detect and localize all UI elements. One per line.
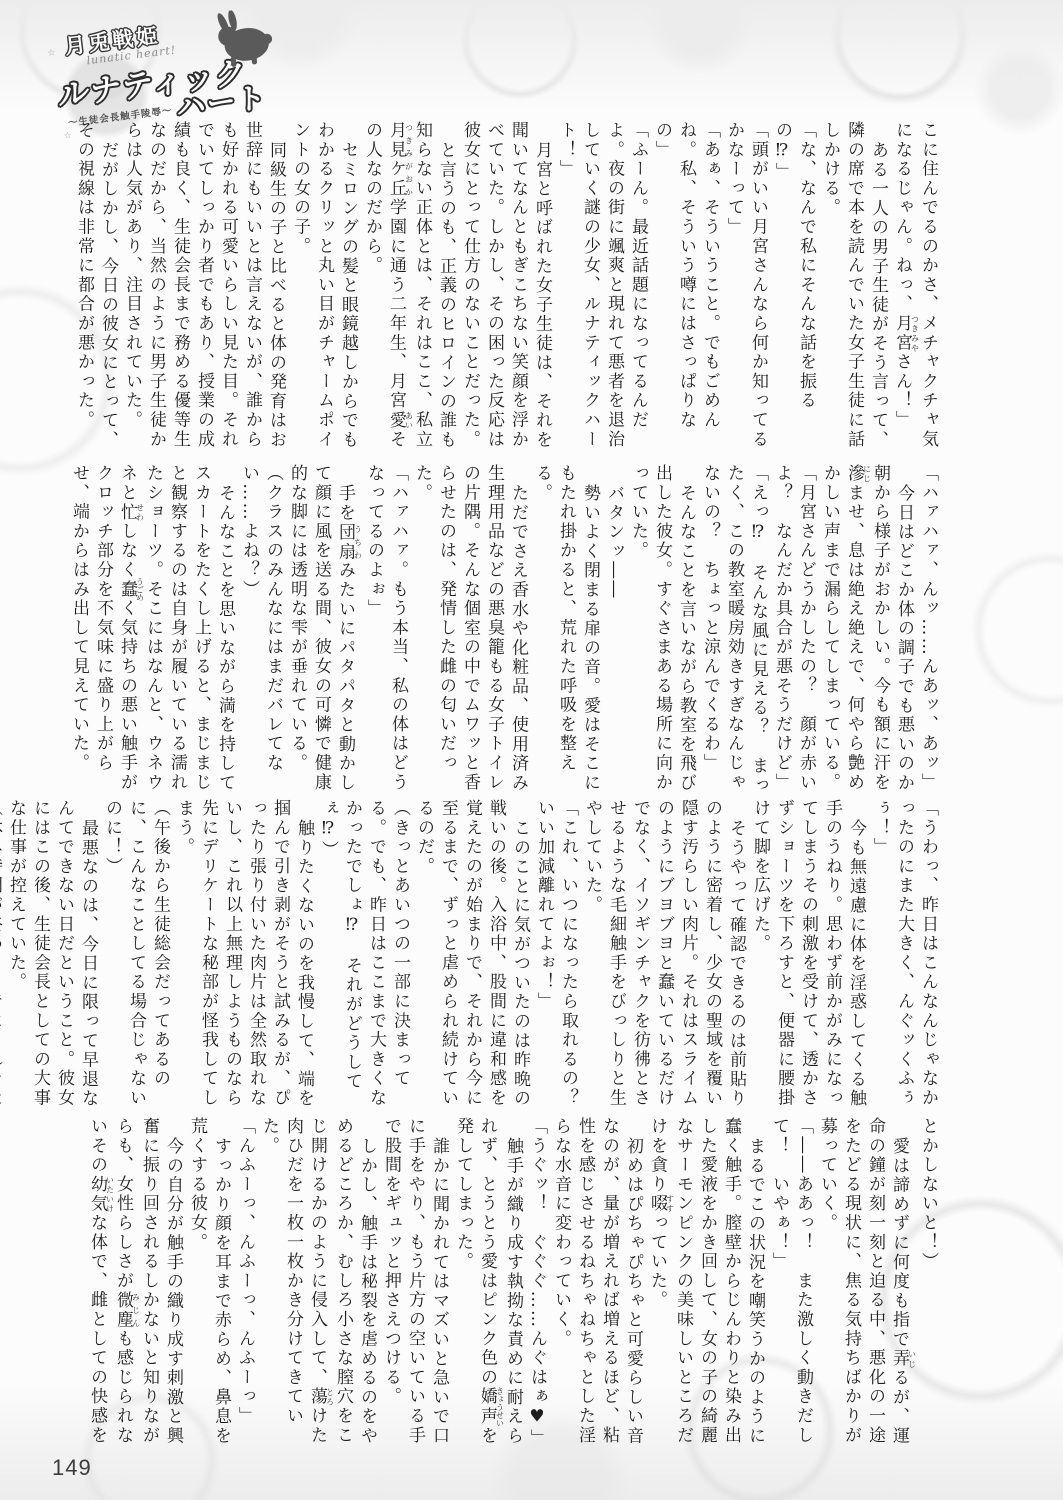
text-band-1: こに住んでるのかさ、メチャクチャ気になるじゃん。ねっ、月宮つきみやさん！」ある一… bbox=[30, 121, 940, 454]
text-band-4: とかしないと！）愛は諦めずに何度も指で弄いじるが、運命の鐘が刻一刻と迫る中、悪化… bbox=[30, 1117, 940, 1450]
paragraph: 「ふーん。最近話題になってるんだよ。夜の街に颯爽と現れて悪者を退治していく謎の少… bbox=[554, 121, 650, 454]
paragraph: バタンッ―― bbox=[602, 464, 626, 799]
paragraph: 「んふーっ、んふーっ、んふーっ」 bbox=[233, 1117, 257, 1450]
paragraph: 今も無遠慮に体を淫惑してくる触手のうねり。思わず前かがみになってしまうその刺激を… bbox=[748, 799, 868, 1121]
paragraph: 初めはぴちゃぴちゃと可愛らしい音なのが、量が増えれば増えるほど、粘性を感じさせる… bbox=[549, 1117, 645, 1450]
paragraph: と言うのも、正義のヒロインの誰も知らない正体とは、それはここ、私立月見ケ丘つきみ… bbox=[360, 121, 458, 454]
paragraph: 勢いよく閉まる扉の音。愛はそこにもたれ掛かると、荒れた呼吸を整える。 bbox=[530, 464, 602, 799]
paragraph: とかしないと！） bbox=[916, 1117, 940, 1450]
paragraph: こに住んでるのかさ、メチャクチャ気になるじゃん。ねっ、月宮つきみやさん！」 bbox=[890, 121, 940, 454]
paragraph: 「えっ⁉ そんな風に見える？ まったく、この教室暖房効きすぎなんじゃないの？ ち… bbox=[698, 464, 770, 799]
paragraph: （きっとあいつの一部に決まってる。でも、昨日はここまで大きくなかったでしょ⁉ そ… bbox=[316, 799, 412, 1121]
text-band-3: 「うわっ、昨日はこんなんじゃなかったのにまた大きく、んぐッくふぅぅ！」今も無遠慮… bbox=[30, 799, 940, 1121]
paragraph: そんなことを言いながら教室を飛び出した彼女。すぐさまある場所に向かっていた。 bbox=[626, 464, 698, 799]
paragraph: このことに気がついたのは昨晩の戦いの後。入浴中、股間に違和感を覚えたのが始まりで… bbox=[412, 799, 532, 1121]
paragraph: （クラスのみんなにはまだバレてない……よね？） bbox=[237, 464, 285, 799]
paragraph: ただでさえ香水や化粧品、使用済み生理用品などの悪臭籠もる女子トイレの片隅。そんな… bbox=[410, 464, 530, 799]
paragraph: 「月宮さんどうかしたの？ 顔が赤いよ？ なんだか具合が悪そうだけど」 bbox=[770, 464, 818, 799]
paragraph: そんなことを思いながら満を持してスカートをたくし上げると、まじまじと観察するのは… bbox=[67, 464, 237, 799]
page-number: 149 bbox=[52, 1455, 92, 1481]
paragraph: 愛は諦めずに何度も指で弄いじるが、運命の鐘が刻一刻と迫る中、悪化の一途をたどる現… bbox=[815, 1117, 916, 1450]
paragraph: 「頭がいい月宮さんなら何か知ってるかなーって」 bbox=[722, 121, 770, 454]
paragraph: （休み時間が終わるまでにこれをなん bbox=[0, 799, 4, 1121]
star-icon: ☆ bbox=[47, 48, 56, 59]
paragraph: そうやって確認できるのは前貼りのように密着し、少女の聖域を覆い隠す汚らしい肉片。… bbox=[580, 799, 748, 1121]
paragraph: 今の自分が触手の織り成す刺激と興奮に振り回されるしかないと知りながらも、女性らし… bbox=[85, 1117, 185, 1450]
paragraph: 「これ、いつになったら取れるの？ いい加減離れてよぉ！」 bbox=[532, 799, 580, 1121]
paragraph: 手を団扇うちわみたいにパタパタと動かして顔に風を送る間、彼女の可憐で健康的な脚に… bbox=[285, 464, 362, 799]
paragraph: 誰かに聞かれてはマズいと急いで口に手をやり、もう片方の空いている手で股間をギュッ… bbox=[379, 1117, 451, 1450]
paragraph: 「うぐッ！ ぐぐぐ……んぐはぁ♥」 bbox=[525, 1117, 549, 1450]
paragraph: 今日はどこか体の調子でも悪いのか朝から様子がおかしい。今も額に汗を滲にじませ、息… bbox=[818, 464, 916, 799]
paragraph: 最悪なのは、今日に限って早退なんてできない日だということ。彼女にはこの後、生徒会… bbox=[4, 799, 100, 1121]
paragraph: 触手が織り成す執拗な責めに耐えられず、とうとう愛はピンク色の嬌声きょうせいを発し… bbox=[451, 1117, 525, 1450]
rabbit-icon bbox=[200, 5, 281, 72]
paragraph: 「な、なんで私にそんな話を振るの⁉」 bbox=[770, 121, 818, 454]
text-band-2: 「ハァハァ、んッ……んあッ、あッ」今日はどこか体の調子でも悪いのか朝から様子がお… bbox=[30, 464, 940, 799]
paragraph: ある一人の男子生徒がそう言って、隣の席で本を読んでいた女子生徒に話しかける。 bbox=[818, 121, 890, 454]
paragraph: 「うわっ、昨日はこんなんじゃなかったのにまた大きく、んぐッくふぅぅ！」 bbox=[868, 799, 940, 1121]
paragraph: すっかり顔を耳まで赤らめ、鼻息を荒くする彼女。 bbox=[185, 1117, 233, 1450]
paragraph: まるでこの状況を嘲笑うかのように蠢く触手。膣壁からじんわりと染み出した愛液をかき… bbox=[645, 1117, 767, 1450]
paragraph: （午後から生徒総会だってあるのに、こんなことしてる場合じゃないのに！） bbox=[100, 799, 172, 1121]
novel-page: ☆ ☆ 月兎戦姫 lunatic heart! ルナティック ハート ～生徒会長… bbox=[0, 0, 1063, 1500]
paragraph: だがしかし、今日の彼女にとって、その視線は非常に都合が悪かった。 bbox=[72, 121, 120, 454]
paragraph: セミロングの髪と眼鏡越しからでもわかるクリッと丸い目がチャームポイントの女の子。 bbox=[288, 121, 360, 454]
paragraph: 「ハァハァ、んッ……んあッ、あッ」 bbox=[916, 464, 940, 799]
paragraph: 「あぁ、そういうこと。でもごめんね。私、そういう噂にはさっぱりなの」 bbox=[650, 121, 722, 454]
paragraph: 「ハァハァ。もう本当、私の体はどうなってるのよぉ」 bbox=[362, 464, 410, 799]
paragraph: しかし、触手は秘裂を虐めるのをやめるどころか、むしろ小さな膣穴をこじ開けるかのよ… bbox=[257, 1117, 379, 1450]
paragraph: 「――ああっ！ また激しく動きだして！ いやぁ！」 bbox=[767, 1117, 815, 1450]
paragraph: 月宮と呼ばれた女子生徒は、それを聞いてなんともぎこちない笑顔を浮かべていた。しか… bbox=[458, 121, 554, 454]
paragraph: 触りたくないのを我慢して、端を掴んで引き剥がそうと試みるが、ぴったり張り付いた肉… bbox=[172, 799, 316, 1121]
paragraph: 同級生の子と比べると体の発育はお世辞にもいいとは言えないが、誰からも好かれる可愛… bbox=[120, 121, 288, 454]
